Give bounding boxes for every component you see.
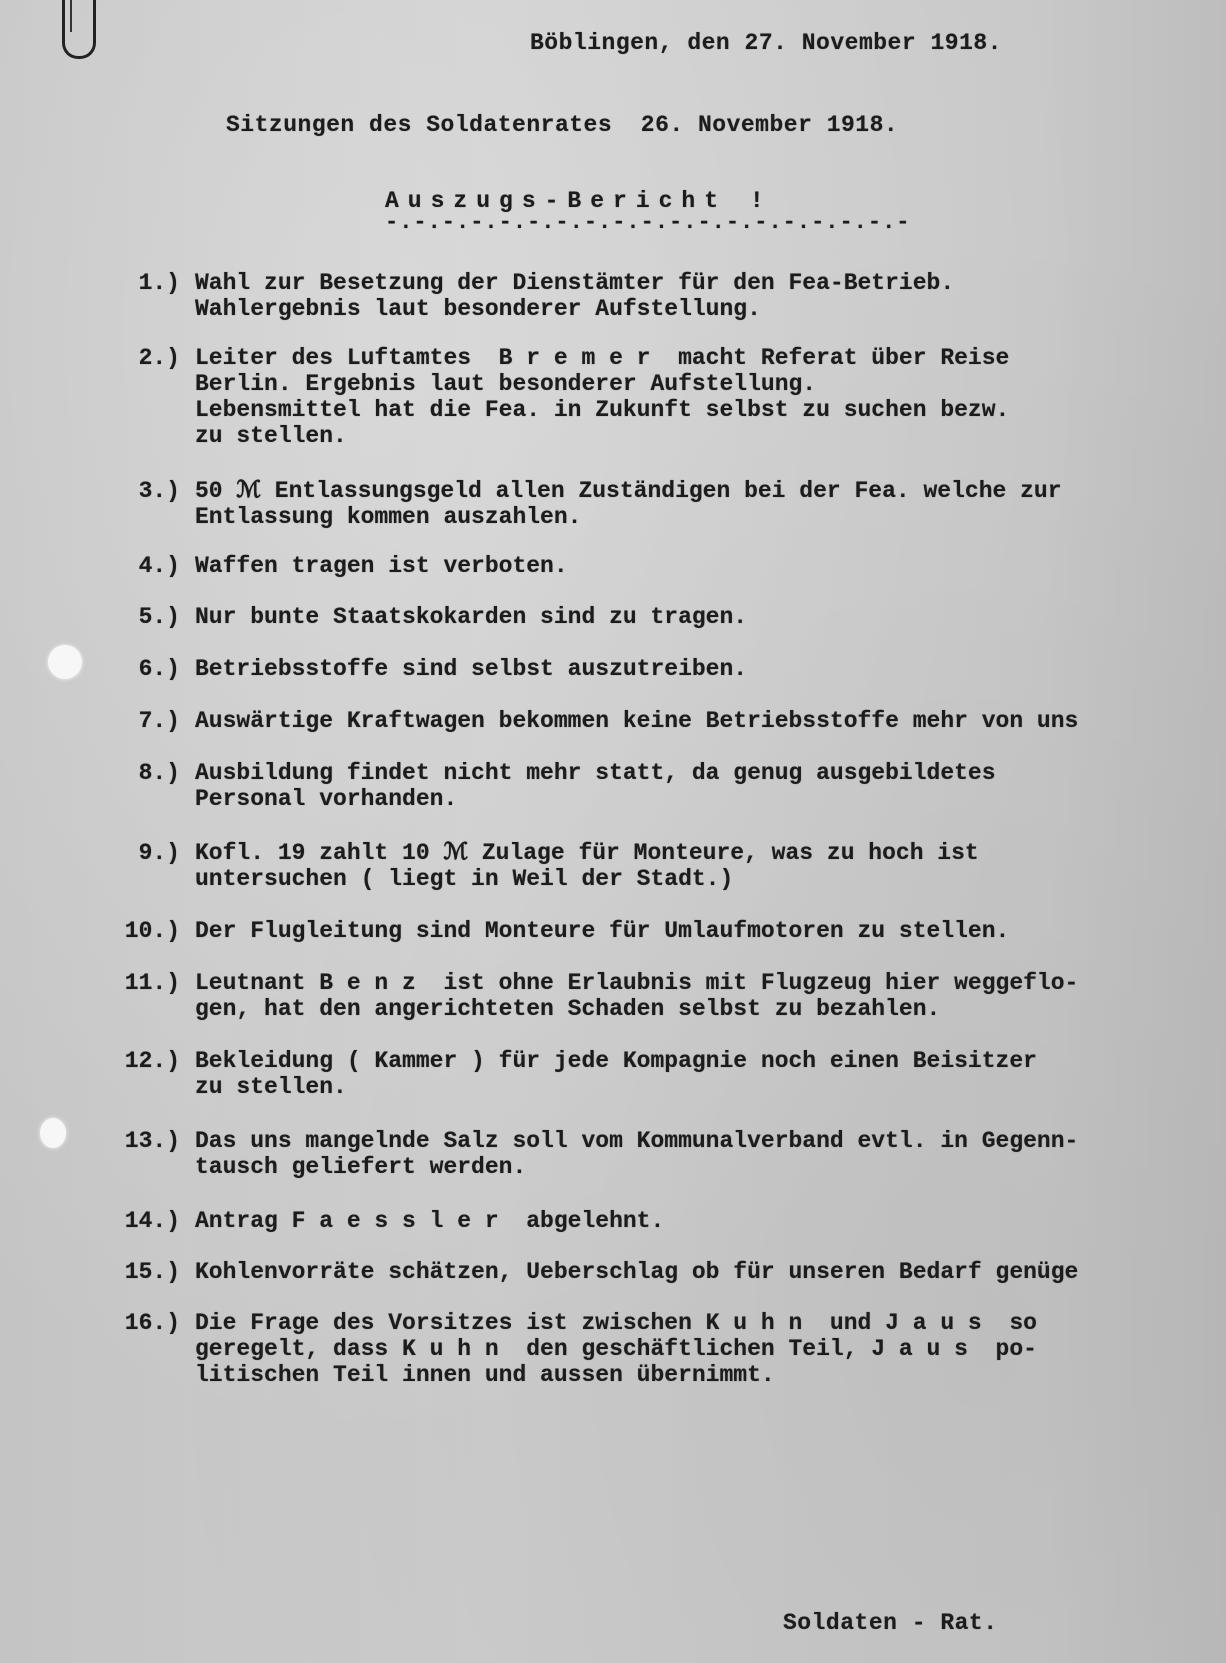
- list-item: Der Flugleitung sind Monteure für Umlauf…: [195, 918, 1009, 944]
- item-line: Waffen tragen ist verboten.: [195, 553, 568, 579]
- list-item: Betriebsstoffe sind selbst auszutreiben.: [195, 656, 747, 682]
- item-line: geregelt, dass K u h n den geschäftliche…: [195, 1336, 1037, 1362]
- item-number: 2.): [110, 345, 180, 371]
- item-line: Entlassung kommen auszahlen.: [195, 504, 1062, 530]
- list-item: Kofl. 19 zahlt 10 ℳ Zulage für Monteure,…: [195, 840, 979, 892]
- item-number: 4.): [110, 553, 180, 579]
- item-line: Nur bunte Staatskokarden sind zu tragen.: [195, 604, 747, 630]
- list-item: Waffen tragen ist verboten.: [195, 553, 568, 579]
- punch-hole-icon: [40, 1118, 66, 1148]
- item-line: Berlin. Ergebnis laut besonderer Aufstel…: [195, 371, 1009, 397]
- item-line: Antrag F a e s s l e r abgelehnt.: [195, 1208, 664, 1234]
- item-line: Wahlergebnis laut besonderer Aufstellung…: [195, 296, 954, 322]
- signature: Soldaten - Rat.: [783, 1610, 998, 1636]
- item-line: Kofl. 19 zahlt 10 ℳ Zulage für Monteure,…: [195, 840, 979, 866]
- item-number: 14.): [110, 1208, 180, 1234]
- item-line: Die Frage des Vorsitzes ist zwischen K u…: [195, 1310, 1037, 1336]
- item-number: 10.): [110, 918, 180, 944]
- paper-clip-inner-icon: [70, 0, 80, 32]
- item-line: litischen Teil innen und aussen übernimm…: [195, 1362, 1037, 1388]
- item-number: 11.): [110, 970, 180, 996]
- session-title: Sitzungen des Soldatenrates 26. November…: [226, 112, 898, 138]
- item-line: zu stellen.: [195, 423, 1009, 449]
- list-item: Ausbildung findet nicht mehr statt, da g…: [195, 760, 996, 812]
- item-line: gen, hat den angerichteten Schaden selbs…: [195, 996, 1078, 1022]
- item-line: Betriebsstoffe sind selbst auszutreiben.: [195, 656, 747, 682]
- list-item: Kohlenvorräte schätzen, Ueberschlag ob f…: [195, 1259, 1078, 1285]
- item-line: zu stellen.: [195, 1074, 1037, 1100]
- item-number: 5.): [110, 604, 180, 630]
- item-line: Der Flugleitung sind Monteure für Umlauf…: [195, 918, 1009, 944]
- item-line: untersuchen ( liegt in Weil der Stadt.): [195, 866, 979, 892]
- item-number: 16.): [110, 1310, 180, 1336]
- place-date: Böblingen, den 27. November 1918.: [530, 30, 1002, 56]
- item-number: 15.): [110, 1259, 180, 1285]
- item-number: 6.): [110, 656, 180, 682]
- list-item: Leutnant B e n z ist ohne Erlaubnis mit …: [195, 970, 1078, 1022]
- list-item: Wahl zur Besetzung der Dienstämter für d…: [195, 270, 954, 322]
- item-line: Personal vorhanden.: [195, 786, 996, 812]
- list-item: Die Frage des Vorsitzes ist zwischen K u…: [195, 1310, 1037, 1388]
- list-item: Antrag F a e s s l e r abgelehnt.: [195, 1208, 664, 1234]
- item-number: 9.): [110, 840, 180, 866]
- list-item: Bekleidung ( Kammer ) für jede Kompagnie…: [195, 1048, 1037, 1100]
- list-item: Das uns mangelnde Salz soll vom Kommunal…: [195, 1128, 1078, 1180]
- item-line: tausch geliefert werden.: [195, 1154, 1078, 1180]
- item-line: Bekleidung ( Kammer ) für jede Kompagnie…: [195, 1048, 1037, 1074]
- list-item: 50 ℳ Entlassungsgeld allen Zuständigen b…: [195, 478, 1062, 530]
- item-number: 13.): [110, 1128, 180, 1154]
- item-number: 8.): [110, 760, 180, 786]
- item-line: Ausbildung findet nicht mehr statt, da g…: [195, 760, 996, 786]
- item-line: Auswärtige Kraftwagen bekommen keine Bet…: [195, 708, 1078, 734]
- item-line: 50 ℳ Entlassungsgeld allen Zuständigen b…: [195, 478, 1062, 504]
- list-item: Leiter des Luftamtes B r e m e r macht R…: [195, 345, 1009, 449]
- item-line: Kohlenvorräte schätzen, Ueberschlag ob f…: [195, 1259, 1078, 1285]
- item-line: Leutnant B e n z ist ohne Erlaubnis mit …: [195, 970, 1078, 996]
- item-line: Leiter des Luftamtes B r e m e r macht R…: [195, 345, 1009, 371]
- punch-hole-icon: [48, 645, 82, 679]
- item-line: Wahl zur Besetzung der Dienstämter für d…: [195, 270, 954, 296]
- item-number: 3.): [110, 478, 180, 504]
- item-line: Lebensmittel hat die Fea. in Zukunft sel…: [195, 397, 1009, 423]
- document-page: Böblingen, den 27. November 1918. Sitzun…: [0, 0, 1226, 1663]
- list-item: Auswärtige Kraftwagen bekommen keine Bet…: [195, 708, 1078, 734]
- list-item: Nur bunte Staatskokarden sind zu tragen.: [195, 604, 747, 630]
- item-line: Das uns mangelnde Salz soll vom Kommunal…: [195, 1128, 1078, 1154]
- item-number: 1.): [110, 270, 180, 296]
- heading-underline: -.-.-.-.-.-.-.-.-.-.-.-.-.-.-.-.-.-.-: [385, 210, 910, 235]
- item-number: 12.): [110, 1048, 180, 1074]
- item-number: 7.): [110, 708, 180, 734]
